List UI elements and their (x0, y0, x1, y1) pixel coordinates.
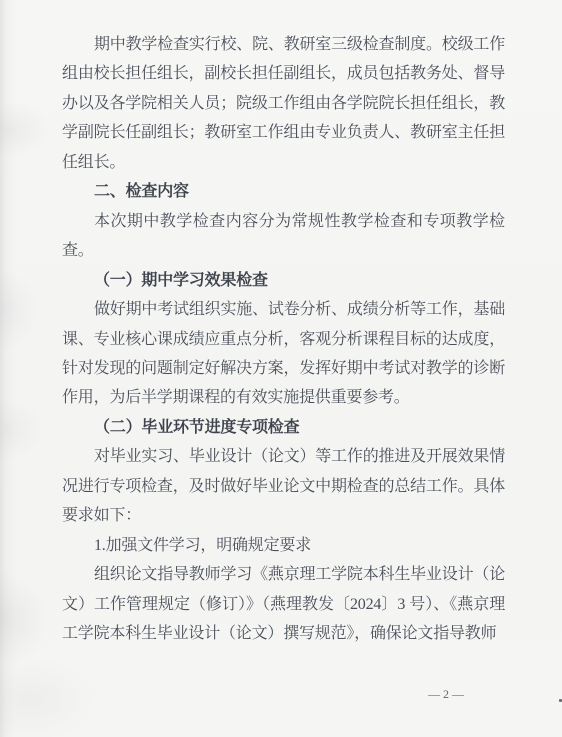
paragraph-midterm-exam-analysis: 做好期中考试组织实施、试卷分析、成绩分析等工作，基础课、专业核心课成绩应重点分析… (62, 295, 505, 413)
paragraph-graduation-check-overview: 对毕业实习、毕业设计（论文）等工作的推进及开展效果情况进行专项检查，及时做好毕业… (62, 442, 505, 530)
document-body: 期中教学检查实行校、院、教研室三级检查制度。校级工作组由校长担任组长，副校长担任… (62, 30, 505, 649)
subsection-heading-graduation-check: （二）毕业环节进度专项检查 (62, 413, 505, 442)
page-number: — 2 — (418, 687, 474, 702)
document-page: 期中教学检查实行校、院、教研室三级检查制度。校级工作组由校长担任组长，副校长担任… (0, 0, 562, 737)
paragraph-inspection-structure: 期中教学检查实行校、院、教研室三级检查制度。校级工作组由校长担任组长，副校长担任… (62, 30, 505, 177)
paragraph-inspection-overview: 本次期中教学检查内容分为常规性教学检查和专项教学检查。 (62, 207, 505, 266)
paragraph-item-1-title: 1.加强文件学习，明确规定要求 (62, 531, 505, 560)
paragraph-item-1-detail: 组织论文指导教师学习《燕京理工学院本科生毕业设计（论文）工作管理规定（修订）》（… (62, 560, 505, 648)
subsection-heading-midterm-effect: （一）期中学习效果检查 (62, 266, 505, 295)
section-heading-inspection-content: 二、检查内容 (62, 177, 505, 206)
